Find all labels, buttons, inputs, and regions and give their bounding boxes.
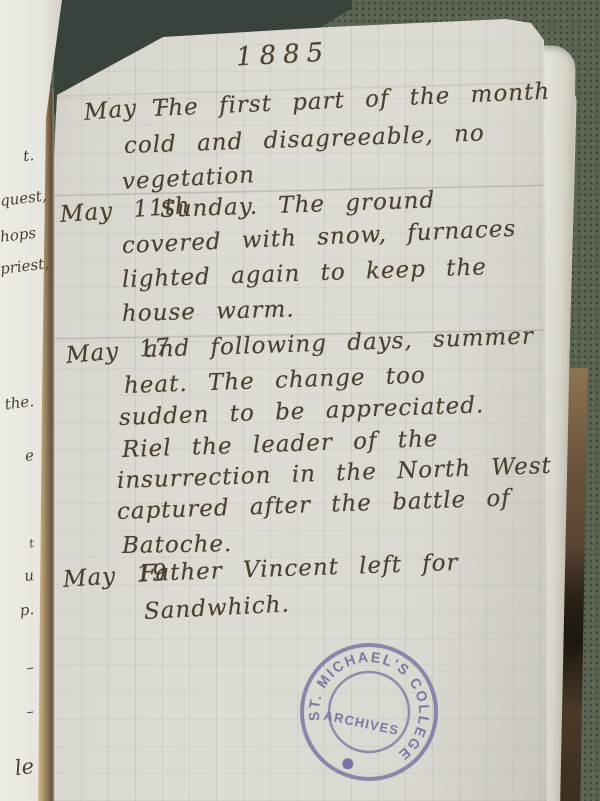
entry-line: Batoche.: [122, 531, 233, 559]
handwriting-fragment: le: [0, 754, 35, 782]
stamp-dot: [342, 758, 353, 769]
year-heading: 1885: [235, 38, 331, 73]
handwriting-fragment: –: [0, 658, 35, 680]
handwriting-fragment: p.: [0, 600, 35, 622]
handwriting-fragment: t.: [0, 146, 35, 168]
entry-line: heat. The change too: [124, 362, 427, 399]
handwriting-fragment: –: [0, 702, 35, 724]
entry-line: The first part of the month: [151, 79, 550, 122]
entry-line: vegetation: [121, 162, 255, 195]
handwriting-fragment: e: [0, 446, 35, 468]
entry-line: Sandwhich.: [143, 591, 290, 625]
handwriting-fragment: t: [0, 536, 35, 554]
entry-line: cold and disagreeable, no: [124, 120, 486, 159]
entry-line: lighted again to keep the: [122, 254, 488, 293]
handwriting-fragment: the.: [0, 392, 35, 414]
entry-line: house warm.: [122, 296, 295, 327]
handwriting-fragment: u: [0, 566, 35, 588]
archives-stamp: ST. MICHAEL'S COLLEGE ARCHIVES: [281, 624, 457, 800]
entry-line: and following days, summer: [144, 323, 535, 363]
handwriting-fragment: quest,: [0, 188, 35, 210]
handwriting-fragment: priest,: [0, 256, 35, 278]
archives-stamp-graphic: ST. MICHAEL'S COLLEGE ARCHIVES: [281, 624, 457, 800]
handwriting-fragment: hops: [0, 224, 35, 246]
entry-line: Sunday. The ground: [160, 187, 436, 223]
stamp-ring-text: ST. MICHAEL'S COLLEGE: [305, 648, 433, 767]
diary-photo: 1885 May – The first part of the month c…: [0, 0, 600, 801]
entry-line: sudden to be appreciated.: [119, 392, 485, 431]
